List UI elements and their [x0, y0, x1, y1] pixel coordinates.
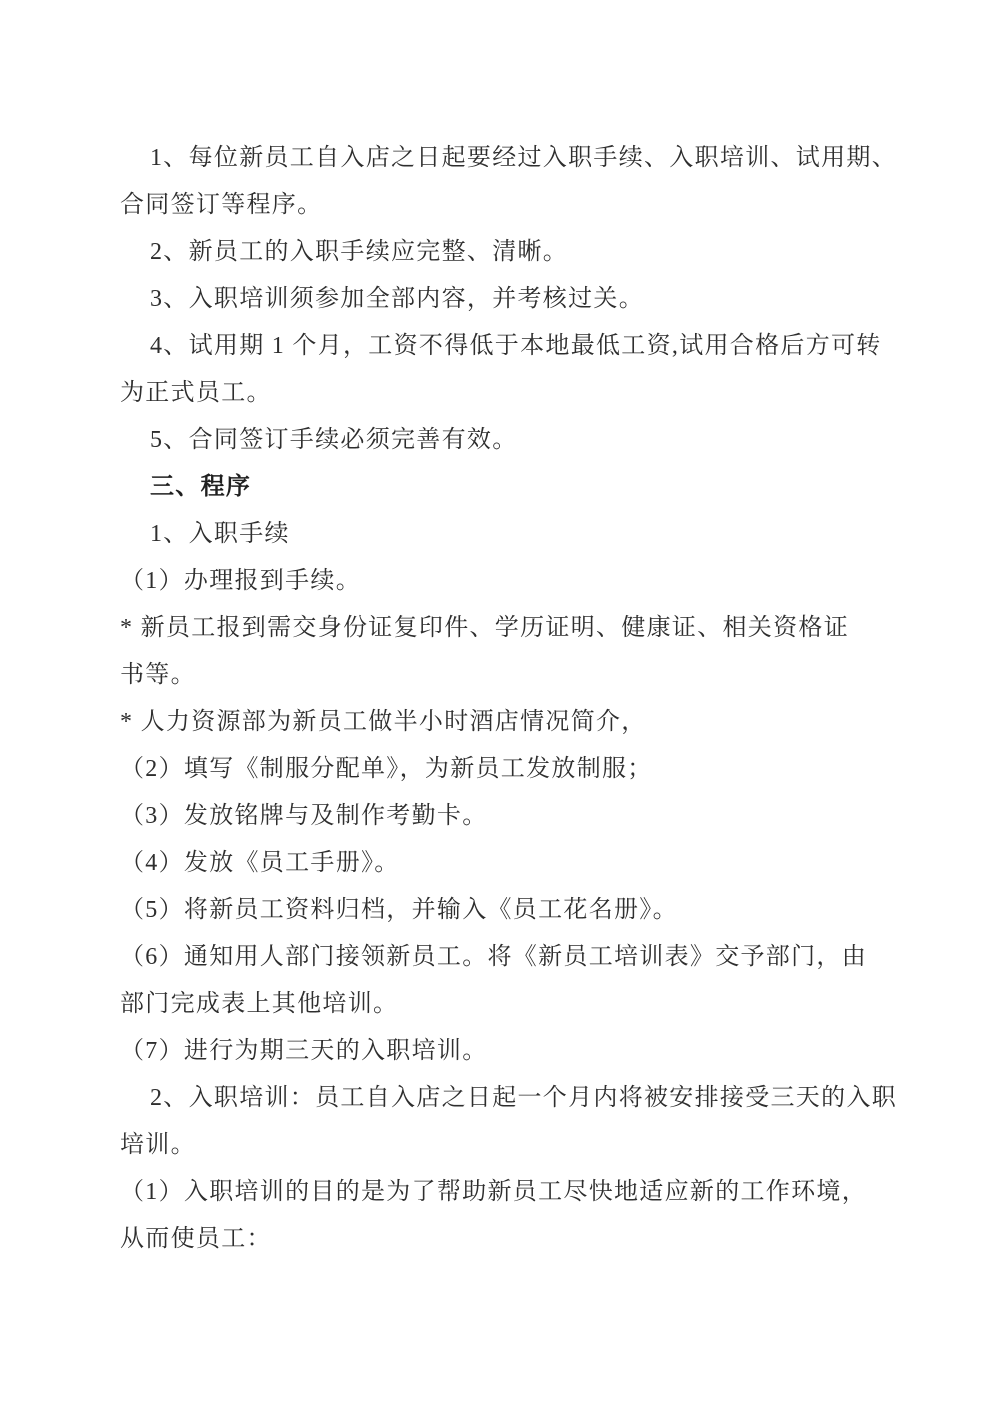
document-line: * 人力资源部为新员工做半小时酒店情况简介， — [120, 699, 882, 746]
document-line: 5、合同签订手续必须完善有效。 — [120, 417, 882, 464]
document-line: * 新员工报到需交身份证复印件、学历证明、健康证、相关资格证 — [120, 605, 882, 652]
document-line: 合同签订等程序。 — [120, 182, 882, 229]
document-line: 4、试用期 1 个月，工资不得低于本地最低工资,试用合格后方可转 — [120, 323, 882, 370]
document-line: （4）发放《员工手册》。 — [120, 840, 882, 887]
document-line: （1）入职培训的目的是为了帮助新员工尽快地适应新的工作环境， — [120, 1169, 882, 1216]
document-line: （2）填写《制服分配单》，为新员工发放制服； — [120, 746, 882, 793]
document-line: 2、新员工的入职手续应完整、清晰。 — [120, 229, 882, 276]
document-line: （6）通知用人部门接领新员工。将《新员工培训表》交予部门，由 — [120, 934, 882, 981]
section-heading: 三、程序 — [120, 464, 882, 511]
document-line: 部门完成表上其他培训。 — [120, 981, 882, 1028]
document-page: 1、每位新员工自入店之日起要经过入职手续、入职培训、试用期、合同签订等程序。2、… — [0, 0, 1000, 1414]
document-line: （5）将新员工资料归档，并输入《员工花名册》。 — [120, 887, 882, 934]
document-line: 从而使员工： — [120, 1216, 882, 1263]
document-line: 书等。 — [120, 652, 882, 699]
document-line: 1、每位新员工自入店之日起要经过入职手续、入职培训、试用期、 — [120, 135, 882, 182]
document-line: 培训。 — [120, 1122, 882, 1169]
document-line: 3、入职培训须参加全部内容，并考核过关。 — [120, 276, 882, 323]
document-line: 2、入职培训：员工自入店之日起一个月内将被安排接受三天的入职 — [120, 1075, 882, 1122]
document-line: （7）进行为期三天的入职培训。 — [120, 1028, 882, 1075]
document-line: （1）办理报到手续。 — [120, 558, 882, 605]
document-line: 为正式员工。 — [120, 370, 882, 417]
document-line: （3）发放铭牌与及制作考勤卡。 — [120, 793, 882, 840]
document-line: 1、入职手续 — [120, 511, 882, 558]
document-body: 1、每位新员工自入店之日起要经过入职手续、入职培训、试用期、合同签订等程序。2、… — [120, 135, 882, 1263]
